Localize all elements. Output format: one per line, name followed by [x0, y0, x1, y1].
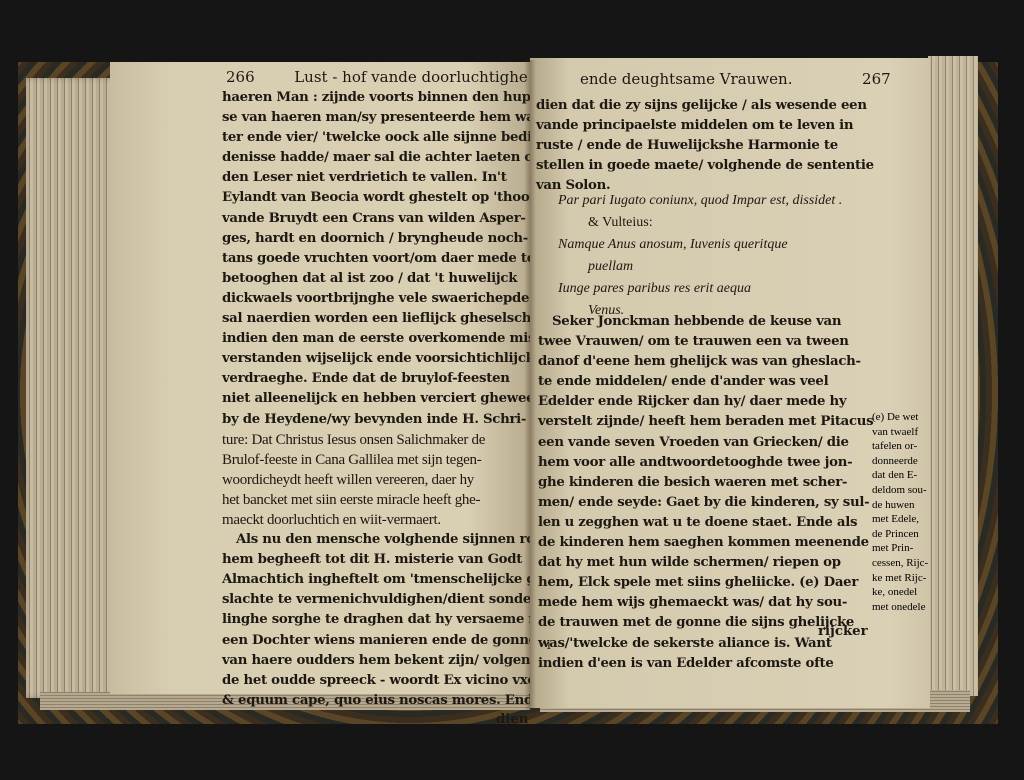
text-line: hem voor alle andtwoordetooghde twee jon… [538, 453, 873, 473]
margin-note-line: cessen, Rijc- [872, 556, 928, 571]
right-page-block-edges [928, 56, 978, 696]
latin-quote-line: Namque Anus anosum, Iuvenis queritque [558, 234, 842, 256]
margin-note-line: met Edele, [872, 512, 928, 527]
text-line: ruste / ende de Huwelijckshe Harmonie te [536, 136, 874, 156]
margin-note-line: deldom sou- [872, 483, 928, 498]
text-line: te ende middelen/ ende d'ander was veel [538, 372, 873, 392]
margin-note-line: ke met Rijc- [872, 571, 928, 586]
right-page: ende deughtsame Vrauwen. 267 dien dat di… [530, 58, 930, 708]
left-catchword: dien [496, 712, 528, 727]
text-line: mede hem wijs ghemaeckt was/ dat hy sou- [538, 593, 873, 613]
margin-note-line: (e) De wet [872, 410, 928, 425]
text-line: indien d'een is van Edelder afcomste oft… [538, 654, 873, 674]
left-page: 266 Lust - hof vande doorluchtighe haere… [110, 62, 530, 694]
margin-note: (e) De wetvan twaelftafelen or-donneerde… [872, 410, 928, 614]
text-line: stellen in goede maete/ volghende de sen… [536, 156, 874, 176]
margin-note-line: de Princen [872, 527, 928, 542]
margin-note-line: met Prin- [872, 541, 928, 556]
text-line: de kinderen hem saeghen kommen meenende [538, 533, 873, 553]
left-page-header: 266 Lust - hof vande doorluchtighe [226, 68, 528, 86]
text-line: danof d'eene hem ghelijck was van ghesla… [538, 352, 873, 372]
text-line: Edelder ende Rijcker dan hy/ daer mede h… [538, 392, 873, 412]
right-page-number: 267 [862, 70, 891, 88]
margin-note-line: dat den E- [872, 468, 928, 483]
right-page-text-bottom: Seker Jonckman hebbende de keuse vantwee… [538, 312, 873, 674]
text-line: len u zegghen wat u te doene staet. Ende… [538, 513, 873, 533]
text-line: verstelt zijnde/ heeft hem beraden met P… [538, 412, 873, 432]
latin-quote-line: Iunge pares paribus res erit aequa [558, 278, 842, 300]
text-line: men/ ende seyde: Gaet by die kinderen, s… [538, 493, 873, 513]
text-line: ghe kinderen die besich waeren met scher… [538, 473, 873, 493]
left-page-block-edges [26, 78, 118, 698]
right-catchword: rijcker [818, 624, 868, 639]
latin-quote-line: puellam [558, 256, 842, 278]
latin-quote-line: Par pari Iugato coniunx, quod Impar est,… [558, 190, 842, 212]
text-line: Seker Jonckman hebbende de keuse van [538, 312, 873, 332]
text-line: een vande seven Vroeden van Griecken/ di… [538, 433, 873, 453]
book-gutter [524, 60, 536, 710]
right-page-header: ende deughtsame Vrauwen. 267 [580, 70, 891, 88]
text-line: dat hy met hun wilde schermen/ riepen op [538, 553, 873, 573]
margin-note-line: de huwen [872, 498, 928, 513]
margin-note-line: tafelen or- [872, 439, 928, 454]
text-line: dien dat die zy sijns gelijcke / als wes… [536, 96, 874, 116]
right-running-head: ende deughtsame Vrauwen. [580, 70, 792, 88]
text-line: vande principaelste middelen om te leven… [536, 116, 874, 136]
margin-note-line: ke, onedel [872, 585, 928, 600]
latin-quote: Par pari Iugato coniunx, quod Impar est,… [558, 190, 842, 322]
signature-mark: 1 [546, 642, 552, 652]
left-running-head: Lust - hof vande doorluchtighe [294, 68, 528, 86]
text-line: twee Vrauwen/ om te trauwen een va tween [538, 332, 873, 352]
left-page-number: 266 [226, 68, 255, 86]
right-page-text-top: dien dat die zy sijns gelijcke / als wes… [536, 96, 874, 196]
margin-note-line: donneerde [872, 454, 928, 469]
margin-note-line: van twaelf [872, 425, 928, 440]
latin-quote-line: & Vulteius: [558, 212, 842, 234]
margin-note-line: met onedele [872, 600, 928, 615]
text-line: hem, Elck spele met siins gheliicke. (e)… [538, 573, 873, 593]
